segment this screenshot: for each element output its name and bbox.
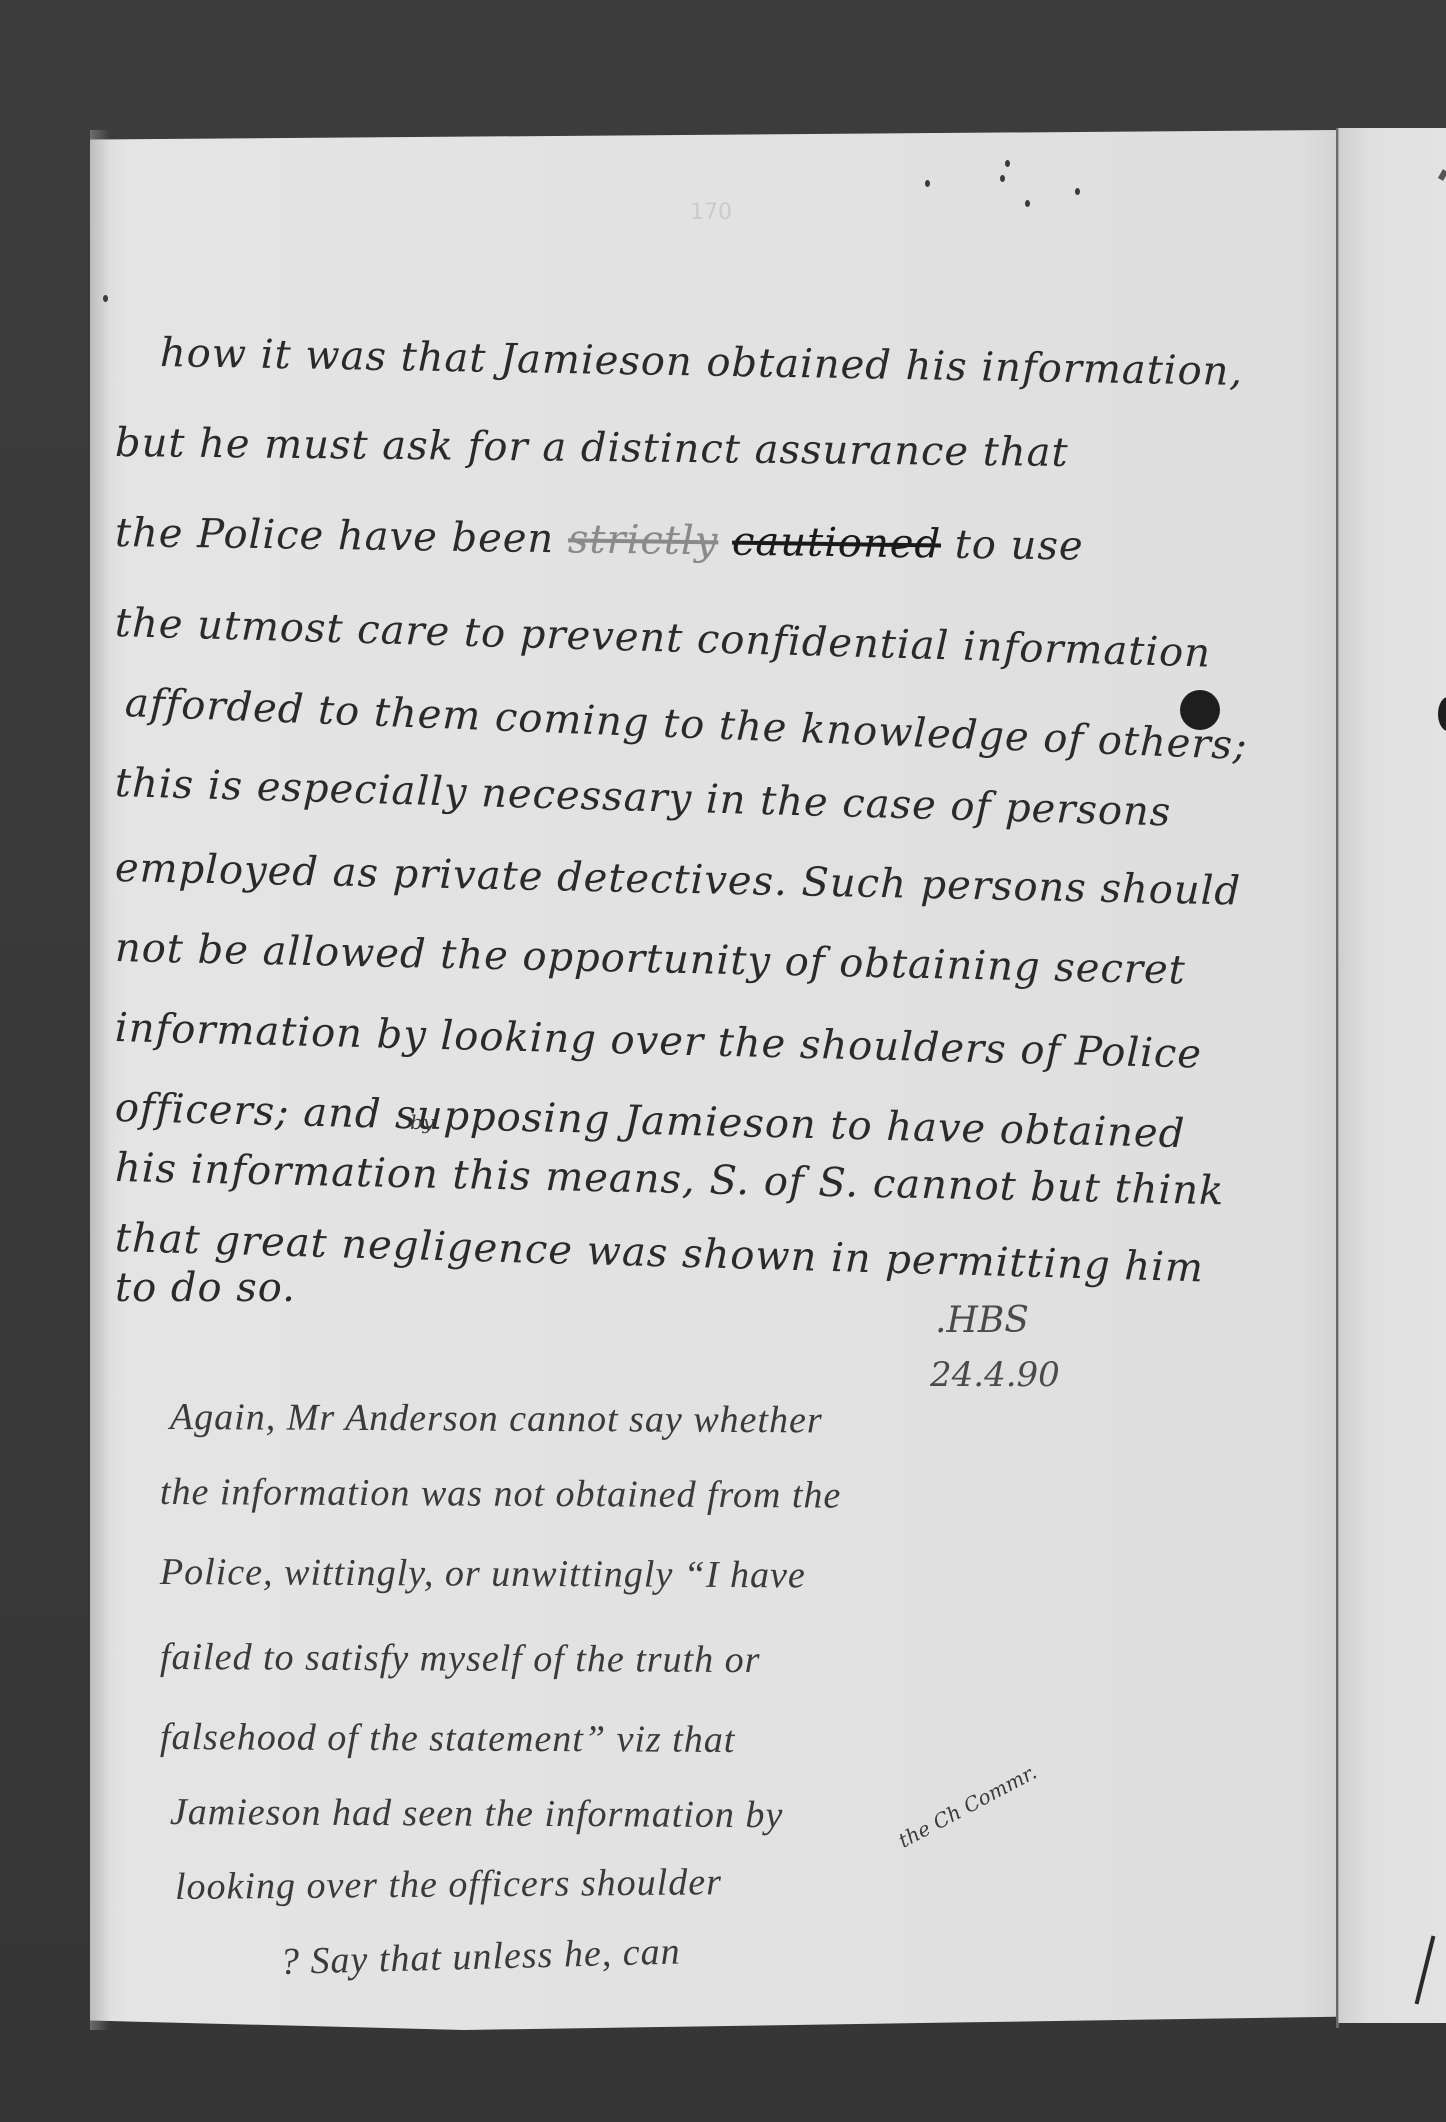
struck-word: strictly [568,516,719,564]
note-2-line-1: Again, Mr Anderson cannot say whether [170,1395,823,1442]
interlinear-insert: by [410,1110,434,1134]
note-2-line-3: Police, wittingly, or unwittingly “I hav… [160,1550,806,1597]
ink-speck [1075,188,1080,195]
ink-speck [1005,160,1010,167]
note-2-line-4: failed to satisfy myself of the truth or [160,1635,761,1682]
note-1-line-13: to do so. [115,1265,296,1311]
note-2-line-7: looking over the officers shoulder [175,1860,722,1909]
signature-initials: .HBS [935,1300,1029,1341]
ink-speck [925,180,930,187]
note-1-line-3-start: the Police have been [115,510,555,562]
ink-speck [103,295,108,302]
struck-word: cautioned [732,519,942,568]
note-2-line-2: the information was not obtained from th… [160,1470,842,1518]
page-fold [1336,128,1339,2028]
note-2-line-5: falsehood of the statement” viz that [160,1715,736,1762]
ink-speck [1025,200,1030,207]
note-2-line-6: Jamieson had seen the information by [170,1790,784,1837]
signature-date: 24.4.90 [930,1355,1060,1395]
adjacent-page [1338,128,1446,2023]
ink-speck [1000,175,1005,182]
page-edge-shadow [90,130,110,2030]
note-1-line-3-end: to use [954,522,1083,570]
faint-page-number: 170 [690,200,732,225]
